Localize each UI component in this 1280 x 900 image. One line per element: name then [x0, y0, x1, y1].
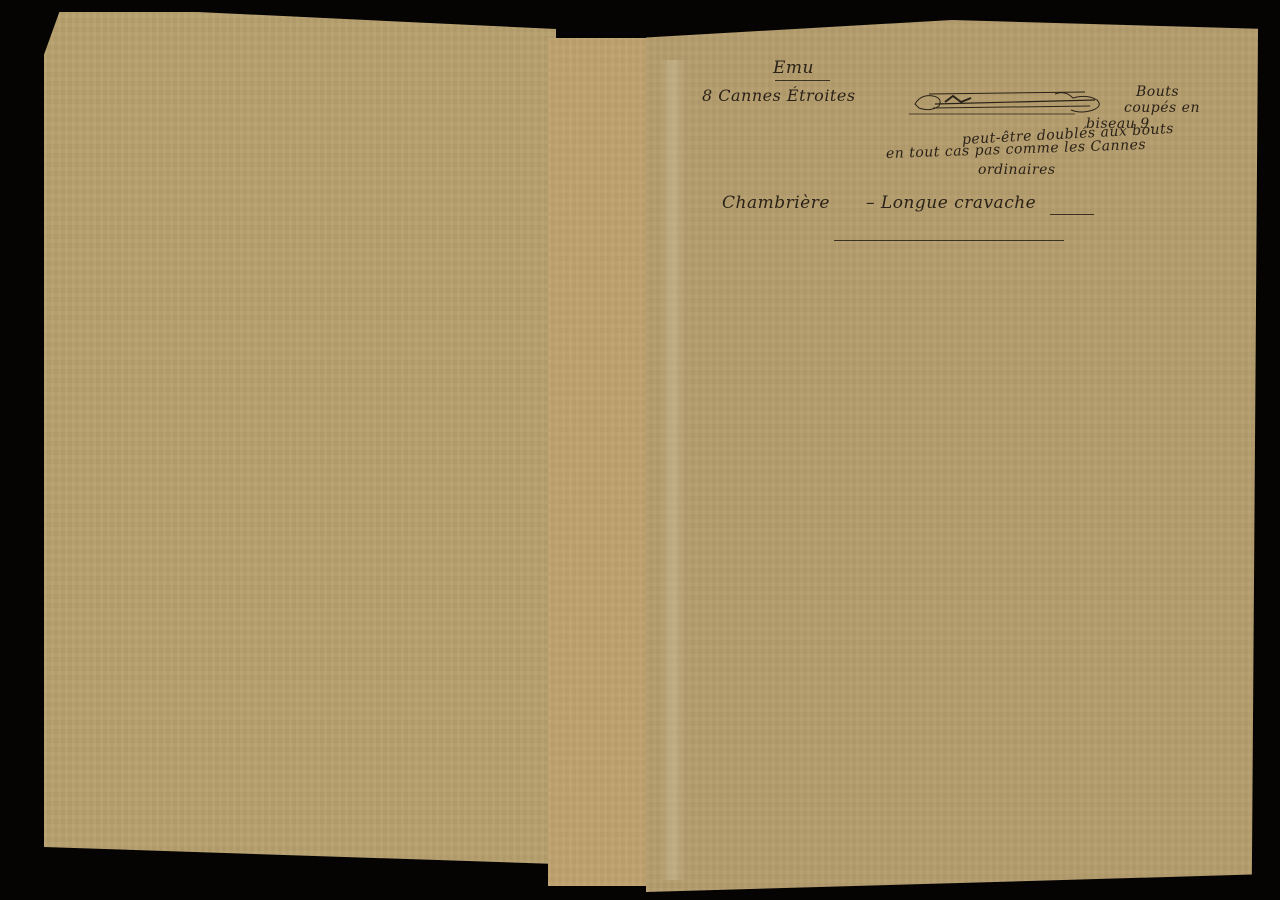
- section-rule: [834, 240, 1064, 241]
- heading: Emu: [773, 58, 814, 78]
- note-line-1: 8 Cannes Étroites: [702, 86, 856, 105]
- sketch-caption-1: Bouts: [1136, 84, 1179, 100]
- scanned-sheet: Emu 8 Cannes Étroites Bouts coupés en bi…: [0, 0, 1280, 900]
- left-page: [44, 12, 556, 864]
- note-line-5-term: Chambrière: [722, 193, 830, 213]
- note-line-4: ordinaires: [978, 162, 1056, 178]
- fold-strip: [548, 38, 648, 886]
- heading-underline: [775, 80, 830, 81]
- definition-underline: [1050, 214, 1094, 215]
- sketch-caption-2: coupés en: [1124, 100, 1200, 116]
- tape-gloss: [660, 60, 686, 880]
- note-line-5-definition: – Longue cravache: [866, 193, 1036, 213]
